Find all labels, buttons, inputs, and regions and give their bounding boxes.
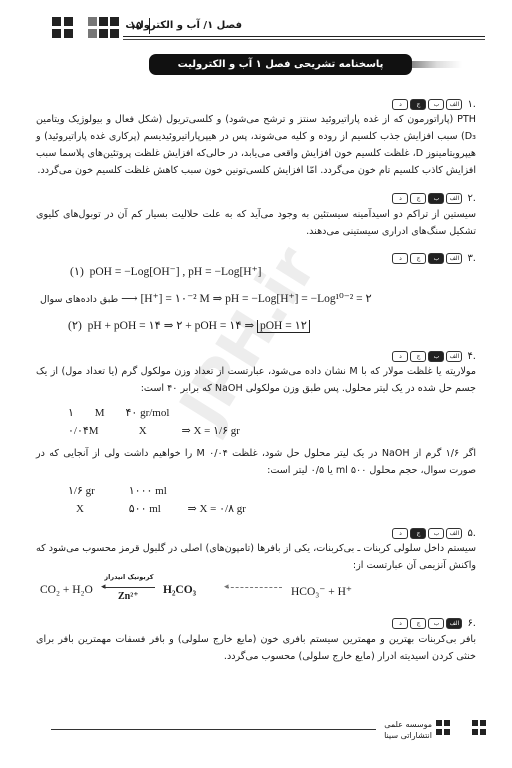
calculation-2: ۱/۶ gr ۱۰۰۰ ml X ۵۰۰ ml ⇒ X = ۰/۸ gr — [68, 482, 246, 518]
calc-cell: ۱ — [68, 404, 92, 422]
question-number: ۲. — [467, 193, 476, 204]
calculation-1: ۱ M ۴۰ gr/mol ۰/۰۴M X ⇒ X = ۱/۶ gr — [68, 404, 240, 440]
question-4-answer-part1: مولاریته یا غلظت مولار که با M نشان داده… — [36, 363, 476, 397]
arrow-icon: ⟶ — [121, 293, 138, 305]
option-be[interactable]: ب — [428, 528, 444, 539]
question-number: ۶. — [467, 618, 476, 629]
equation-3: (۲) pH + pOH = ۱۴ ⇒ ۲ + pOH = ۱۴ ⇒ pOH =… — [68, 318, 310, 332]
footer-logo-squares — [436, 720, 486, 740]
calc-cell: M — [95, 404, 123, 422]
option-dal[interactable]: د — [392, 193, 408, 204]
question-5-header: ۵. الف ب ج د — [392, 527, 476, 539]
option-alef-selected[interactable]: الف — [446, 618, 462, 629]
equation-text: pH + pOH = ۱۴ ⇒ ۲ + pOH = ۱۴ ⇒ — [88, 320, 255, 332]
option-dal[interactable]: د — [392, 99, 408, 110]
option-be-selected[interactable]: ب — [428, 193, 444, 204]
option-alef[interactable]: الف — [446, 528, 462, 539]
equation-label: (۱) — [70, 266, 84, 278]
question-6-answer: بافر بی‌کربنات بهترین و مهمترین سیستم با… — [36, 631, 476, 665]
publisher-line-2: انتشاراتی سینا — [384, 731, 432, 740]
option-be[interactable]: ب — [428, 618, 444, 629]
option-dal[interactable]: د — [392, 253, 408, 264]
header-rule — [123, 36, 485, 37]
chapter-title: فصل ۱/ آب و الکترولیت — [125, 20, 242, 31]
equation-text: pOH = −Log[OH⁻] , pH = −Log[H⁺] — [90, 266, 262, 278]
calc-result: ⇒ X = ۰/۸ gr — [188, 503, 246, 515]
calc-cell: ۰/۰۴M — [68, 422, 136, 440]
option-alef[interactable]: الف — [446, 193, 462, 204]
option-jim[interactable]: ج — [410, 193, 426, 204]
equation-label: طبق داده‌های سوال — [40, 294, 118, 305]
option-alef[interactable]: الف — [446, 351, 462, 362]
calc-cell: X — [68, 500, 126, 518]
question-2-answer: سیستین از تراکم دو اسیدآمینه سیستئین به … — [36, 206, 476, 240]
question-number: ۳. — [467, 253, 476, 264]
reaction-right: HCO₃⁻ + H⁺ — [291, 584, 352, 598]
equation-1: (۱) pOH = −Log[OH⁻] , pH = −Log[H⁺] — [70, 264, 262, 278]
calc-cell: ۵۰۰ ml — [129, 500, 185, 518]
reaction-middle: H₂CO₃ — [163, 584, 196, 596]
publisher-line-1: موسسه علمی — [384, 720, 432, 729]
header-squares-left — [52, 17, 74, 39]
question-2-header: ۲. الف ب ج د — [392, 192, 476, 204]
banner-title: پاسخنامه تشریحی فصل ۱ آب و الکترولیت — [178, 59, 384, 70]
equation-2: طبق داده‌های سوال ⟶ [H⁺] = ۱۰⁻² M ⇒ pH =… — [40, 291, 372, 305]
header-squares-right — [88, 17, 124, 39]
equation-result: pOH = ۱۲ — [257, 320, 310, 333]
option-be-selected[interactable]: ب — [428, 351, 444, 362]
question-5-answer: سیستم داخل سلولی کربنات ـ بی‌کربنات، یکی… — [36, 540, 476, 574]
header-rule-2 — [123, 39, 485, 40]
arrow-head-left-icon: ◂ — [224, 582, 229, 592]
question-number: ۴. — [467, 351, 476, 362]
question-3-header: ۳. الف ب ج د — [392, 252, 476, 264]
reaction-arrow — [103, 587, 155, 588]
option-dal[interactable]: د — [392, 351, 408, 362]
banner-decoration — [412, 61, 462, 68]
question-number: ۵. — [467, 528, 476, 539]
calc-result: ⇒ X = ۱/۶ gr — [182, 425, 240, 437]
question-number: ۱. — [467, 99, 476, 110]
question-4-header: ۴. الف ب ج د — [392, 350, 476, 362]
footer-rule — [51, 729, 376, 730]
option-jim[interactable]: ج — [410, 618, 426, 629]
option-dal[interactable]: د — [392, 528, 408, 539]
option-alef[interactable]: الف — [446, 99, 462, 110]
arrow-head-left-icon: ◂ — [101, 582, 106, 592]
option-jim-selected[interactable]: ج — [410, 99, 426, 110]
option-be-selected[interactable]: ب — [428, 253, 444, 264]
equation-label: (۲) — [68, 320, 82, 332]
option-jim-selected[interactable]: ج — [410, 528, 426, 539]
calc-cell: X — [139, 422, 179, 440]
cofactor-label: Zn²⁺ — [118, 591, 139, 602]
option-be[interactable]: ب — [428, 99, 444, 110]
option-dal[interactable]: د — [392, 618, 408, 629]
enzyme-label: کربونیک انیدراز — [103, 573, 155, 581]
question-1-header: ۱. الف ب ج د — [392, 98, 476, 110]
reaction-left: CO₂ + H₂O — [40, 584, 93, 596]
question-1-answer: PTH (پاراتورمون که از غده پاراتیروئید سن… — [36, 111, 476, 179]
option-jim[interactable]: ج — [410, 351, 426, 362]
calc-cell: ۱/۶ gr — [68, 482, 126, 500]
option-jim[interactable]: ج — [410, 253, 426, 264]
question-4-answer-part2: اگر ۱/۶ گرم از NaOH در یک لیتر محلول حل … — [36, 445, 476, 479]
section-banner: پاسخنامه تشریحی فصل ۱ آب و الکترولیت — [149, 54, 412, 75]
equation-text: [H⁺] = ۱۰⁻² M ⇒ pH = −Log[H⁺] = −Log¹⁰⁻²… — [140, 293, 371, 305]
option-alef[interactable]: الف — [446, 253, 462, 264]
calc-cell: ۴۰ gr/mol — [126, 407, 170, 419]
question-6-header: ۶. الف ب ج د — [392, 617, 476, 629]
calc-cell: ۱۰۰۰ ml — [129, 485, 167, 497]
reaction-arrow-2 — [226, 587, 282, 588]
